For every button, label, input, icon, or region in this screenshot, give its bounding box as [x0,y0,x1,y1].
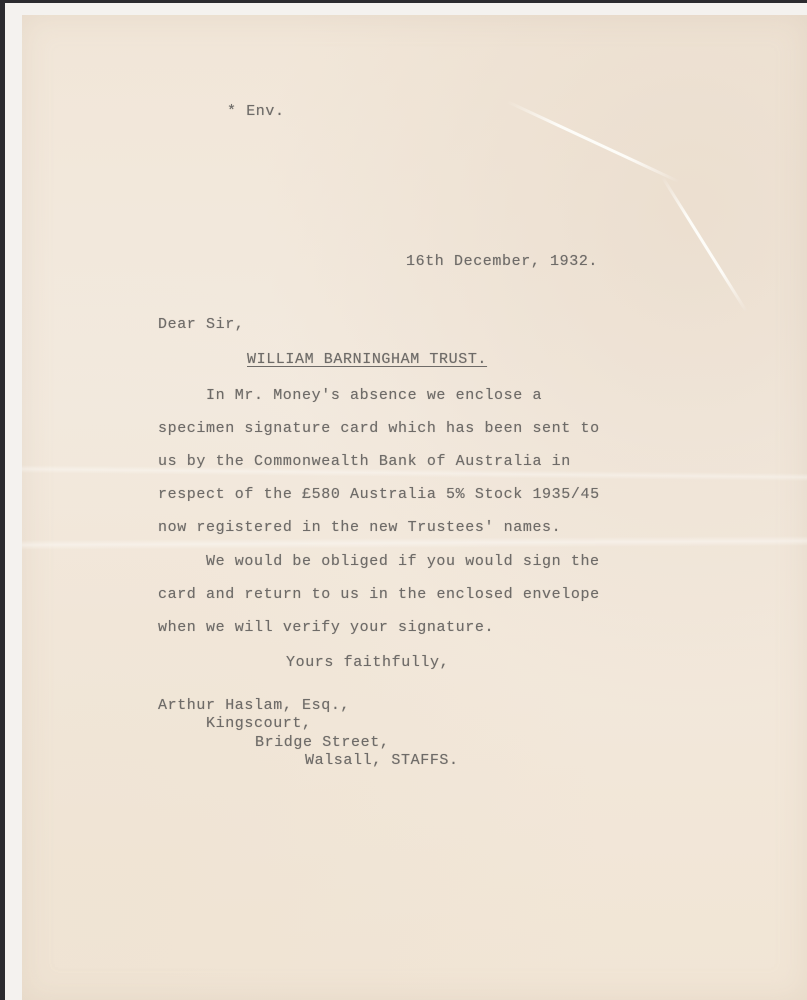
body-line: respect of the £580 Australia 5% Stock 1… [158,487,600,502]
recipient-address-line: Kingscourt, [206,716,312,731]
closing: Yours faithfully, [286,655,449,670]
recipient-name: Arthur Haslam, Esq., [158,698,350,713]
subject-heading: WILLIAM BARNINGHAM TRUST. [247,352,487,367]
body-line: now registered in the new Trustees' name… [158,520,561,535]
body-line: when we will verify your signature. [158,620,494,635]
body-line: us by the Commonwealth Bank of Australia… [158,454,571,469]
paper-fold [22,536,807,550]
paper-crease [661,176,748,313]
paper-crease [506,100,679,183]
body-line: We would be obliged if you would sign th… [206,554,600,569]
body-line: card and return to us in the enclosed en… [158,587,600,602]
recipient-address-line: Walsall, STAFFS. [305,753,459,768]
letter-paper [22,15,807,1000]
letter-date: 16th December, 1932. [406,254,598,269]
body-line: In Mr. Money's absence we enclose a [206,388,542,403]
body-line: specimen signature card which has been s… [158,421,600,436]
recipient-address-line: Bridge Street, [255,735,389,750]
scan-border-left [0,0,5,1000]
scan-border-top [0,0,807,3]
enclosure-note: * Env. [227,104,285,119]
salutation: Dear Sir, [158,317,244,332]
